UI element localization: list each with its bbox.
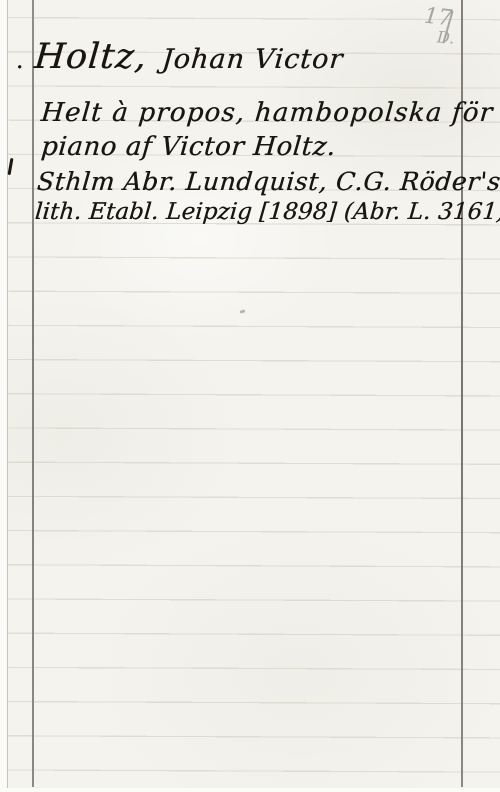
heading-surname: Holtz, [33, 37, 149, 77]
shelf-mark-letter: D. [436, 27, 455, 47]
left-margin-line [32, 0, 34, 787]
left-edge-line [7, 0, 8, 792]
leading-dot: . [15, 46, 27, 74]
scanned-catalog-card: 17 D. . Holtz, Johan Victor Helt à propo… [0, 0, 500, 792]
pencil-shelf-mark: 17 D. [418, 2, 482, 56]
imprint-line-1: Sthlm Abr. Lundquist, C.G. Röder's [36, 169, 500, 194]
left-paper-edge [0, 0, 7, 792]
heading-line: . Holtz, Johan Victor [15, 40, 345, 75]
title-line-1: Helt à propos, hambopolska för [40, 100, 494, 126]
imprint-line-2: lith. Etabl. Leipzig [1898] (Abr. L. 316… [34, 201, 500, 224]
title-line-2: piano af Victor Holtz. [40, 134, 337, 160]
heading-forenames: Johan Victor [161, 44, 345, 75]
bottom-paper-edge [0, 788, 500, 792]
